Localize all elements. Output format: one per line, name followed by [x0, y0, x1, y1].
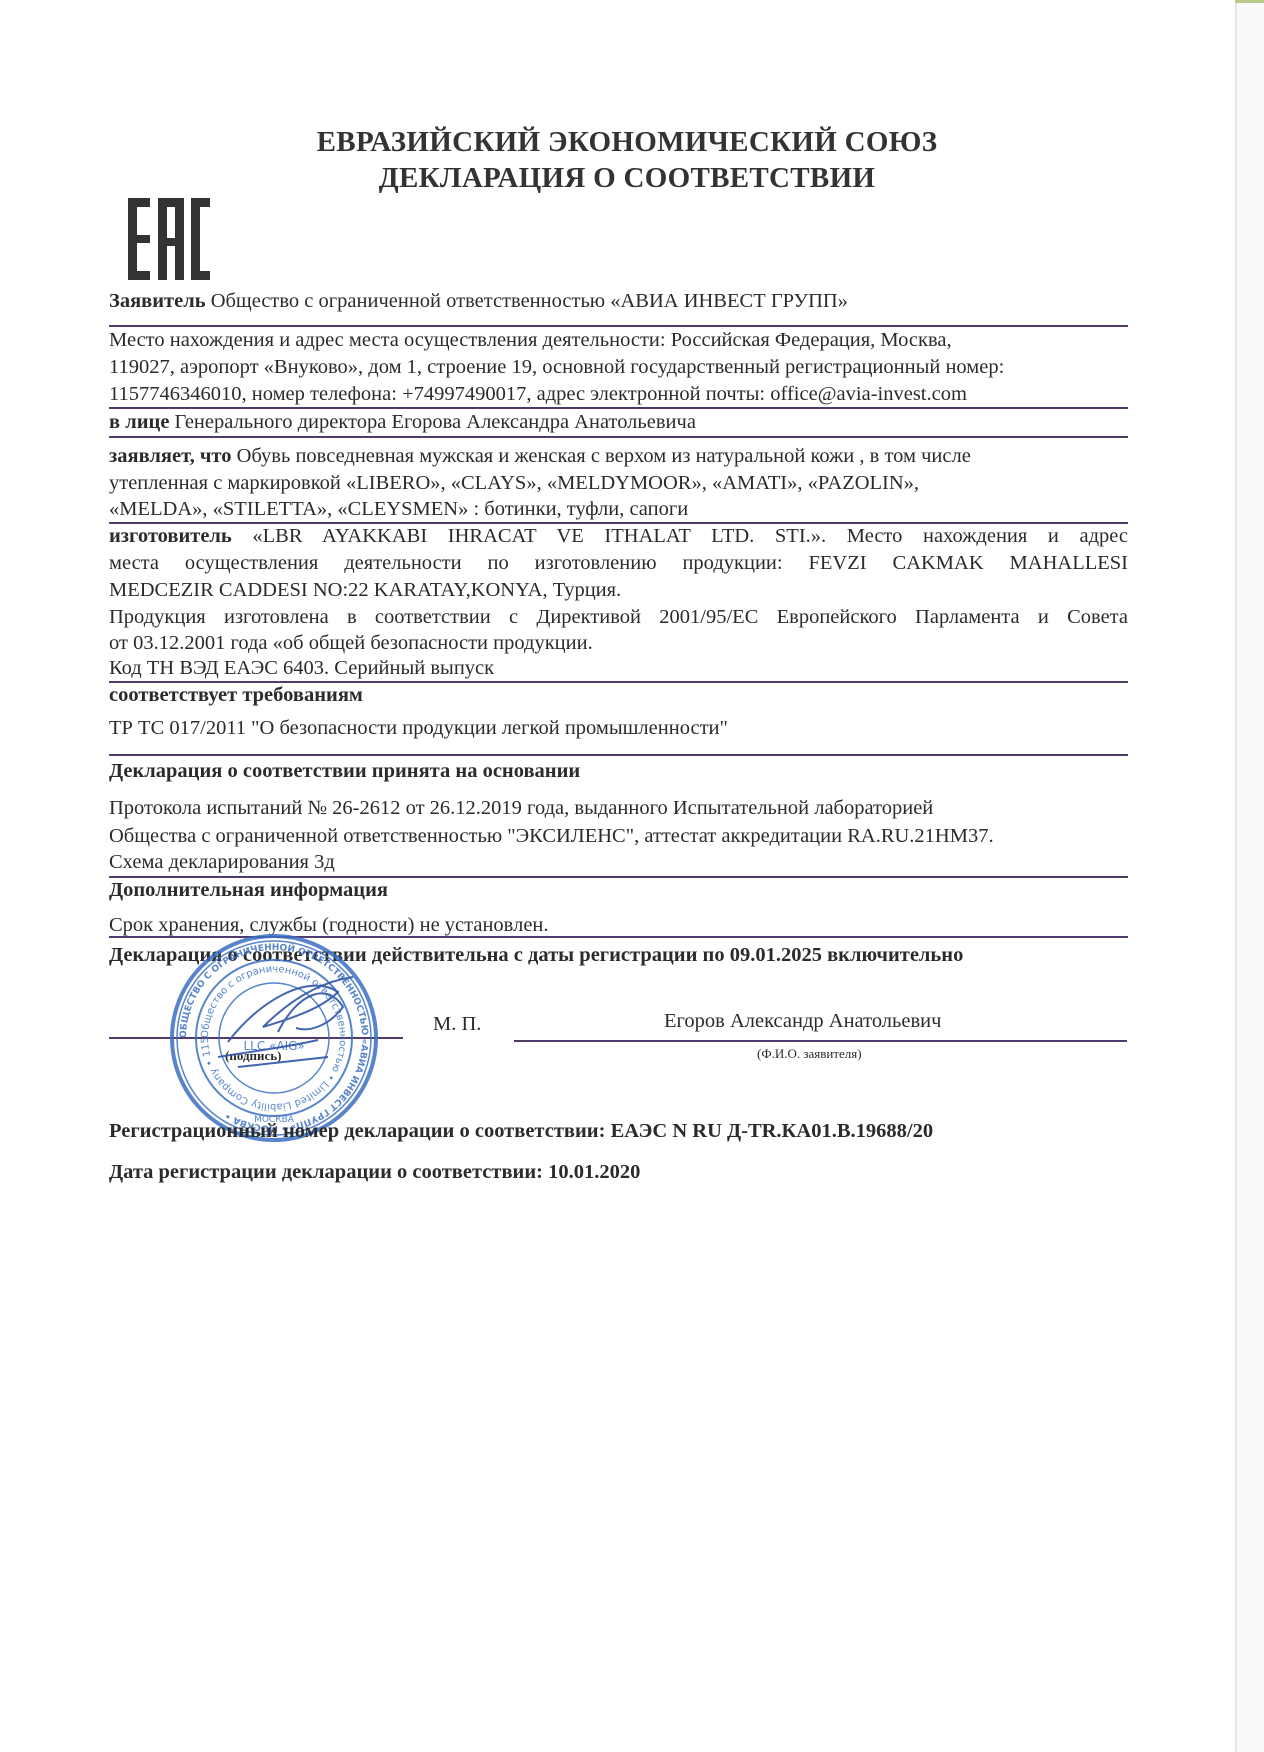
declares-text: Обувь повседневная мужская и женская с в…	[231, 445, 970, 467]
divider	[109, 754, 1128, 756]
divider	[109, 436, 1128, 438]
manufacturer-text: «LBR AYAKKABI IHRACAT VE ITHALAT LTD. ST…	[232, 525, 1128, 547]
page-edge	[1235, 0, 1237, 1752]
requirements-label: соответствует требованиям	[109, 682, 363, 709]
applicant-name: Общество с ограниченной ответственностью…	[206, 290, 848, 312]
directive-line-1: Продукция изготовлена в соответствии с Д…	[109, 604, 1128, 631]
basis-label: Декларация о соответствии принята на осн…	[109, 758, 580, 785]
registration-date-label: Дата регистрации декларации о соответств…	[109, 1161, 543, 1183]
applicant-label: Заявитель	[109, 290, 206, 312]
manufacturer-line-1: изготовитель «LBR AYAKKABI IHRACAT VE IT…	[109, 523, 1128, 550]
representative-label: в лице	[109, 411, 169, 433]
basis-line-2: Общества с ограниченной ответственностью…	[109, 823, 994, 850]
seal-label: М. П.	[433, 1011, 481, 1038]
signer-name: Егоров Александр Анатольевич	[664, 1008, 941, 1035]
basis-line-3: Схема декларирования 3д	[109, 849, 335, 876]
basis-line-1: Протокола испытаний № 26-2612 от 26.12.2…	[109, 795, 933, 822]
address-line-1: Место нахождения и адрес места осуществл…	[109, 327, 952, 354]
company-seal-stamp: ОБЩЕСТВО С ОГРАНИЧЕННОЙ ОТВЕТСТВЕННОСТЬЮ…	[168, 932, 380, 1144]
declares-label: заявляет, что	[109, 445, 231, 467]
hs-code-line: Код ТН ВЭД ЕАЭС 6403. Серийный выпуск	[109, 655, 494, 682]
manufacturer-line-3: MEDCEZIR CADDESI NO:22 KARATAY,KONYA, Ту…	[109, 577, 621, 604]
signer-caption: (Ф.И.О. заявителя)	[757, 1040, 862, 1067]
declares-line-1: заявляет, что Обувь повседневная мужская…	[109, 443, 971, 470]
address-line-3: 1157746346010, номер телефона: +74997490…	[109, 381, 967, 408]
signature-scribble	[218, 977, 353, 1067]
address-line-2: 119027, аэропорт «Внуково», дом 1, строе…	[109, 354, 1004, 381]
requirements-text: ТР ТС 017/2011 "О безопасности продукции…	[109, 715, 728, 742]
manufacturer-label: изготовитель	[109, 525, 232, 547]
registration-number-value: ЕАЭС N RU Д-TR.КА01.В.19688/20	[605, 1120, 933, 1142]
additional-label: Дополнительная информация	[109, 877, 388, 904]
applicant-line: Заявитель Общество с ограниченной ответс…	[109, 288, 848, 315]
declares-line-3: «MELDA», «STILETTA», «CLEYSMEN» : ботинк…	[109, 496, 688, 523]
registration-number-line: Регистрационный номер декларации о соотв…	[109, 1118, 933, 1145]
eac-mark-icon	[128, 198, 210, 280]
union-title: ЕВРАЗИЙСКИЙ ЭКОНОМИЧЕСКИЙ СОЮЗ	[0, 126, 1259, 159]
registration-number-label: Регистрационный номер декларации о соотв…	[109, 1120, 605, 1142]
representative-line: в лице Генерального директора Егорова Ал…	[109, 409, 696, 436]
registration-date-line: Дата регистрации декларации о соответств…	[109, 1159, 640, 1186]
manufacturer-line-2: места осуществления деятельности по изго…	[109, 550, 1128, 577]
registration-date-value: 10.01.2020	[543, 1161, 640, 1183]
representative-name: Генерального директора Егорова Александр…	[169, 411, 696, 433]
directive-line-2: от 03.12.2001 года «об общей безопасност…	[109, 630, 593, 657]
document-title: ДЕКЛАРАЦИЯ О СООТВЕТСТВИИ	[0, 162, 1259, 195]
scan-margin	[1237, 0, 1264, 1752]
scan-artifact	[1235, 0, 1264, 3]
declares-line-2: утепленная с маркировкой «LIBERO», «CLAY…	[109, 470, 919, 497]
